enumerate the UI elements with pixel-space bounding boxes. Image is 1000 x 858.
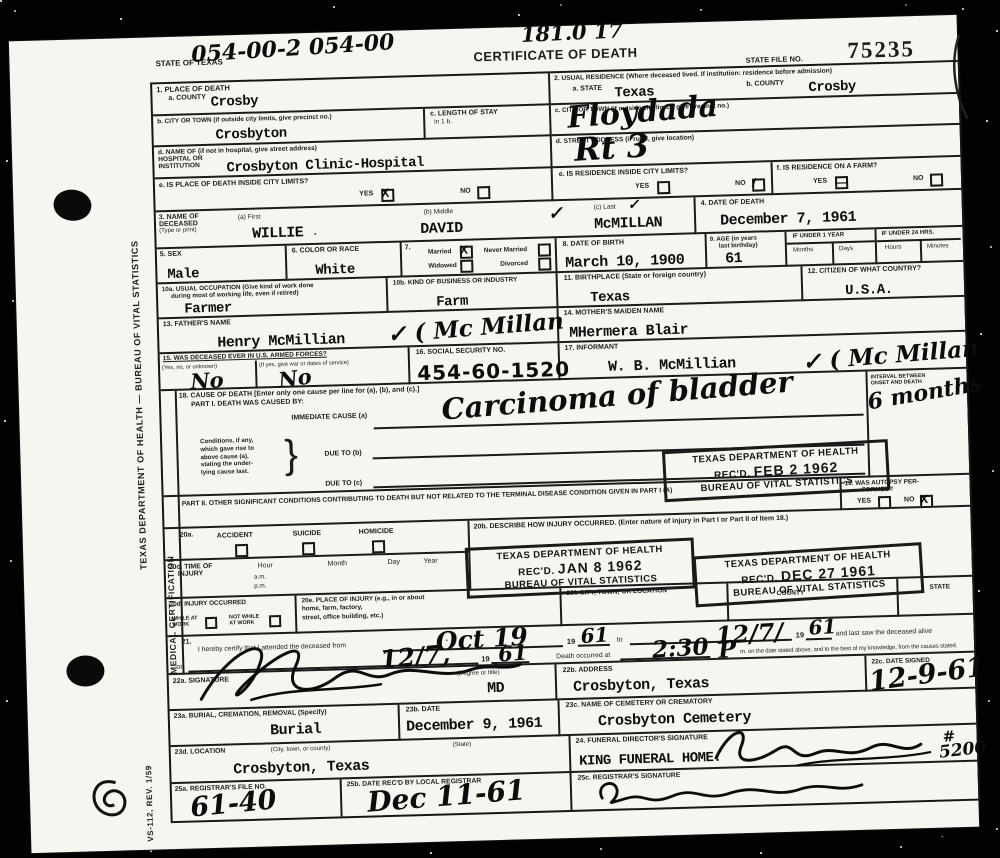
burial-value: Burial bbox=[270, 722, 321, 738]
injury-occurred-label: 20d. INJURY OCCURRED bbox=[170, 599, 247, 608]
middle-name-value: DAVID bbox=[420, 221, 463, 237]
burial-date-label: 23b. DATE bbox=[406, 706, 441, 715]
age-value: 61 bbox=[725, 251, 742, 266]
married-checkbox: X bbox=[460, 246, 473, 259]
field-residence-on-farm: f. IS RESIDENCE ON A FARM? YES — NO bbox=[773, 157, 962, 195]
received-stamp-jan: TEXAS DEPARTMENT OF HEALTH REC'D. JAN 8 … bbox=[465, 537, 696, 599]
name-label-line3: (Type or print) bbox=[159, 227, 197, 235]
due-to-c-label: DUE TO (c) bbox=[325, 480, 362, 489]
field-burial-date: 23b. DATE December 9, 1961 bbox=[400, 700, 561, 740]
accident-label: ACCIDENT bbox=[217, 532, 253, 541]
certify-to: to bbox=[617, 636, 623, 644]
father-name-value: Henry McMillian bbox=[217, 332, 345, 351]
residence-state-label: a. STATE bbox=[572, 85, 602, 94]
residence-farm-yes-label: YES bbox=[813, 178, 827, 186]
field-date-signed: 22c. DATE SIGNED 12-9-61 bbox=[866, 653, 975, 692]
citizen-label: 12. CITIZEN OF WHAT COUNTRY? bbox=[807, 265, 921, 276]
field-length-of-stay: c. LENGTH OF STAY in 1 b. bbox=[425, 105, 552, 140]
city-of-death-value: Crosbyton bbox=[215, 127, 286, 143]
autopsy-no-label: NO bbox=[904, 496, 915, 504]
hole-punch-top bbox=[52, 188, 93, 223]
occupation-value: Farmer bbox=[184, 301, 232, 316]
first-name-value: WILLIE bbox=[252, 225, 303, 241]
place-of-injury-label: 20e. PLACE OF INJURY (e.g., in or about … bbox=[301, 594, 425, 622]
field-date-received: 25b. DATE REC'D BY LOCAL REGISTRAR Dec 1… bbox=[342, 773, 573, 816]
hospital-label-line3: INSTITUTION bbox=[158, 162, 200, 171]
item-20a-label: 20a. bbox=[180, 531, 194, 539]
county-value: Crosby bbox=[210, 94, 258, 109]
hours-label: Hours bbox=[885, 244, 902, 252]
field-if-under-24-hrs: IF UNDER 24 HRS. Hours Minutes bbox=[876, 227, 963, 264]
never-married-checkbox bbox=[538, 243, 551, 256]
certify-19-a: 19 bbox=[567, 638, 576, 647]
immediate-cause-label: IMMEDIATE CAUSE (a) bbox=[291, 413, 367, 423]
residence-city-limits-question: e. IS RESIDENCE INSIDE CITY LIMITS? bbox=[559, 167, 689, 179]
field-marital-status: 7. Married X Never Married Widowed Divor… bbox=[402, 238, 558, 277]
field-social-security: 16. SOCIAL SECURITY NO. 454-60-1520 bbox=[410, 343, 561, 384]
widowed-checkbox bbox=[460, 260, 473, 273]
death-city-limits-no-checkbox bbox=[477, 186, 490, 199]
location-sublabel2: (State) bbox=[453, 741, 472, 749]
year-label: Year bbox=[423, 558, 437, 566]
business-value: Farm bbox=[436, 295, 468, 310]
marital-label: 7. bbox=[405, 244, 411, 252]
residence-farm-yes-checkbox: — bbox=[835, 176, 848, 189]
month-label: Month bbox=[327, 560, 347, 569]
business-label: 10b. KIND OF BUSINESS OR INDUSTRY bbox=[393, 276, 518, 287]
time-of-injury-label2: INJURY bbox=[178, 570, 204, 579]
cemetery-label: 23c. NAME OF CEMETERY OR CREMATORY bbox=[566, 698, 713, 710]
handwritten-code-number: 181.0 17 bbox=[520, 17, 623, 47]
first-name-label: (a) First bbox=[238, 213, 261, 221]
birthplace-value: Texas bbox=[590, 290, 630, 305]
street-address-handwritten: Rt 3 bbox=[573, 126, 650, 169]
residence-city-limits-no-checkbox: / bbox=[752, 178, 765, 191]
physician-signature bbox=[189, 620, 531, 709]
residence-city-limits-yes-checkbox bbox=[657, 181, 670, 194]
pm-label: p.m. bbox=[254, 582, 266, 590]
suicide-label: SUICIDE bbox=[293, 530, 322, 539]
certificate-form: 1. PLACE OF DEATH a. COUNTY Crosby 2. US… bbox=[150, 60, 980, 823]
sex-label: 5. SEX bbox=[160, 251, 182, 260]
last-name-checkmark2: ✓ bbox=[627, 197, 640, 214]
father-name-handwritten: ✓ ( Mc Millan bbox=[386, 307, 565, 348]
days-label: Days bbox=[839, 245, 853, 253]
am-label: a.m. bbox=[254, 573, 266, 581]
burial-date-value: December 9, 1961 bbox=[406, 716, 542, 735]
hour-label: Hour bbox=[258, 562, 273, 570]
date-of-birth-value: March 10, 1900 bbox=[565, 253, 684, 271]
conditions-brace: } bbox=[284, 431, 299, 477]
part1-label: PART I. DEATH WAS CAUSED BY: bbox=[191, 398, 304, 409]
accident-checkbox bbox=[235, 544, 248, 557]
residence-farm-no-label: NO bbox=[913, 175, 924, 183]
race-label: 6. COLOR OR RACE bbox=[292, 246, 359, 256]
field-sex: 5. SEX Male bbox=[157, 246, 288, 285]
under-1-year-label: IF UNDER 1 YEAR bbox=[793, 232, 845, 240]
certificate-title: CERTIFICATE OF DEATH bbox=[473, 46, 637, 66]
residence-city-limits-no-label: NO bbox=[735, 180, 746, 188]
death-city-limits-yes-checkbox: X bbox=[381, 189, 394, 202]
widowed-label: Widowed bbox=[428, 262, 457, 270]
autopsy-yes-label: YES bbox=[857, 498, 871, 506]
residence-city-limits-yes-label: YES bbox=[635, 183, 649, 191]
field-if-under-1-year: IF UNDER 1 YEAR Months Days bbox=[786, 229, 877, 266]
father-name-label: 13. FATHER'S NAME bbox=[163, 319, 231, 329]
field-date-of-birth: 8. DATE OF BIRTH March 10, 1900 bbox=[557, 234, 708, 273]
location-value: Crosbyton, Texas bbox=[233, 759, 369, 778]
death-city-limits-yes-label: YES bbox=[359, 190, 373, 198]
certificate-paper: TEXAS DEPARTMENT OF HEALTH — BUREAU OF V… bbox=[9, 15, 979, 853]
location-label: 23d. LOCATION bbox=[175, 748, 226, 757]
certify-19-b: 19 bbox=[796, 631, 805, 640]
months-label: Months bbox=[793, 246, 813, 254]
sex-value: Male bbox=[167, 267, 199, 282]
middle-name-label: (b) Middle bbox=[424, 208, 454, 216]
minutes-label: Minutes bbox=[927, 242, 949, 250]
while-at-work-checkbox bbox=[205, 617, 217, 629]
death-certificate-scan: TEXAS DEPARTMENT OF HEALTH — BUREAU OF V… bbox=[0, 0, 1000, 858]
registrar-signature bbox=[587, 768, 888, 810]
margin-form-number: VS-112, REV. 1/59 bbox=[145, 750, 156, 842]
day-label: Day bbox=[387, 559, 400, 567]
scan-noise bbox=[0, 0, 2, 2]
death-time-handwritten: 2:30 bbox=[651, 633, 709, 663]
death-city-limits-no-label: NO bbox=[460, 188, 471, 196]
not-while-at-work-checkbox bbox=[269, 615, 281, 627]
usual-residence-label: 2. USUAL RESIDENCE (Where deceased lived… bbox=[554, 67, 832, 82]
mother-name-label: 14. MOTHER'S MAIDEN NAME bbox=[564, 307, 665, 318]
residence-county-value: Crosby bbox=[808, 80, 856, 95]
handwritten-spiral-mark bbox=[85, 774, 130, 823]
last-name-checkmark: ✓ bbox=[547, 203, 563, 225]
residence-farm-question: f. IS RESIDENCE ON A FARM? bbox=[777, 162, 878, 173]
handwritten-file-codes: 054-00-2 054-00 bbox=[191, 29, 396, 68]
burial-label: 23a. BURIAL, CREMATION, REMOVAL (Specify… bbox=[174, 709, 327, 721]
certify-alive-text: and last saw the deceased alive bbox=[836, 628, 933, 639]
field-age: 9. AGE (in years last birthday) 61 bbox=[706, 232, 787, 269]
date-of-death-value: December 7, 1961 bbox=[720, 210, 856, 229]
field-registrar-file-no: 25a. REGISTRAR'S FILE NO. 61-40 bbox=[172, 779, 343, 821]
stamp-dec-recd: REC'D. bbox=[741, 573, 778, 586]
date-of-death-label: 4. DATE OF DEATH bbox=[701, 198, 765, 208]
never-married-label: Never Married bbox=[484, 246, 528, 255]
conditions-note: Conditions, if any, which gave rise to a… bbox=[200, 437, 255, 477]
certify-on: on bbox=[176, 664, 184, 672]
physician-address-value: Crosbyton, Texas bbox=[573, 676, 709, 695]
due-to-b-label: DUE TO (b) bbox=[324, 450, 361, 459]
last-name-value: McMILLAN bbox=[594, 215, 662, 232]
last-name-label: (c) Last bbox=[594, 204, 616, 212]
autopsy-no-checkbox: X bbox=[920, 495, 933, 508]
length-of-stay-label: c. LENGTH OF STAY bbox=[430, 109, 498, 119]
death-city-limits-question: e. IS PLACE OF DEATH INSIDE CITY LIMITS? bbox=[159, 178, 309, 190]
field-citizen-country: 12. CITIZEN OF WHAT COUNTRY? U.S.A. bbox=[802, 262, 964, 301]
citizen-value: U.S.A. bbox=[845, 283, 893, 298]
race-value: White bbox=[315, 263, 355, 278]
residence-county-label: b. COUNTY bbox=[746, 80, 784, 89]
attended-from-year-handwritten: 61 bbox=[580, 622, 609, 648]
county-label: a. COUNTY bbox=[168, 94, 206, 103]
city-of-death-label: b. CITY OR TOWN (if outside city limits,… bbox=[157, 113, 332, 125]
stamp-jan-recd: REC'D. bbox=[518, 566, 555, 579]
field-color-or-race: 6. COLOR OR RACE White bbox=[287, 243, 403, 281]
informant-label: 17. INFORMANT bbox=[565, 343, 619, 353]
age-label-line2: last birthday) bbox=[719, 242, 758, 250]
divorced-checkbox bbox=[538, 257, 551, 270]
birthplace-label: 11. BIRTHPLACE (State or foreign country… bbox=[564, 271, 707, 283]
location-sublabel1: (City, town, or county) bbox=[271, 745, 331, 754]
field-kind-of-business: 10b. KIND OF BUSINESS OR INDUSTRY Farm bbox=[388, 273, 559, 313]
residence-farm-no-checkbox bbox=[930, 173, 943, 186]
margin-department-text: TEXAS DEPARTMENT OF HEALTH — BUREAU OF V… bbox=[127, 100, 149, 570]
married-label: Married bbox=[428, 248, 452, 256]
homicide-checkbox bbox=[372, 540, 385, 553]
hole-punch-bottom bbox=[66, 655, 105, 687]
injury-state-label: STATE bbox=[929, 583, 950, 591]
homicide-label: HOMICIDE bbox=[359, 528, 394, 537]
divorced-label: Divorced bbox=[500, 260, 528, 268]
autopsy-yes-checkbox bbox=[878, 496, 891, 509]
funeral-director-label: 24. FUNERAL DIRECTOR'S SIGNATURE bbox=[576, 734, 709, 746]
ssn-label: 16. SOCIAL SECURITY NO. bbox=[416, 347, 506, 358]
suicide-checkbox bbox=[302, 542, 315, 555]
not-while-at-work-label2: AT WORK bbox=[229, 620, 255, 627]
state-file-number: 75235 bbox=[847, 36, 915, 64]
while-at-work-label2: WORK bbox=[172, 622, 189, 629]
length-of-stay-sublabel: in 1 b. bbox=[434, 118, 452, 126]
mother-name-value: MHermera Blair bbox=[569, 323, 688, 341]
attended-to-year-handwritten: 61 bbox=[808, 615, 837, 640]
physician-address-label: 22b. ADDRESS bbox=[563, 666, 613, 675]
death-occurred-at-text: Death occurred at bbox=[556, 652, 610, 661]
funeral-director-number: 5200 bbox=[938, 737, 987, 762]
date-of-birth-label: 8. DATE OF BIRTH bbox=[563, 239, 625, 249]
under-24-hrs-label: IF UNDER 24 HRS. bbox=[881, 230, 934, 238]
stamp-feb-recd: REC'D. bbox=[714, 468, 751, 481]
